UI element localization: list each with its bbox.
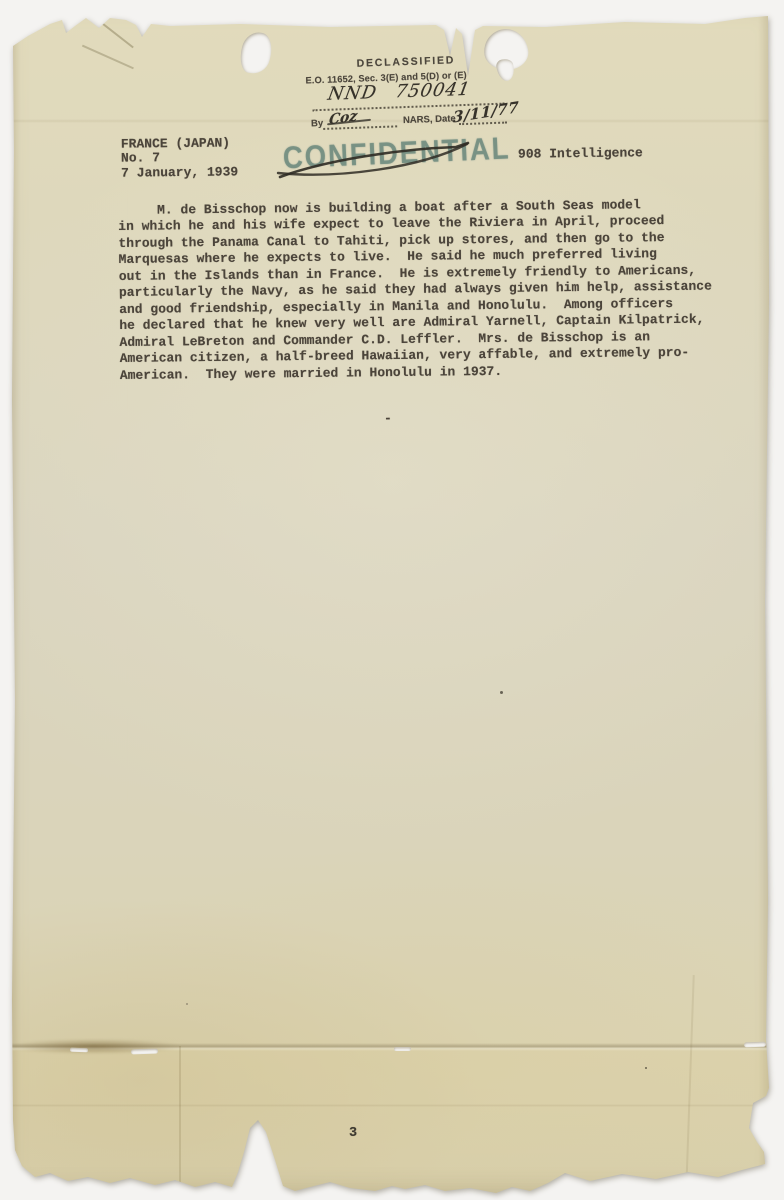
paper-sheet-wrapper: DECLASSIFIED E.O. 11652, Sec. 3(E) and 5… [0,0,784,1200]
paper-right-edge-shadow [758,0,774,1200]
paper-tear-slit [744,1042,766,1048]
ink-speck [500,691,503,694]
faint-crease-lower [0,1104,784,1107]
reviewer-signature: Coz [328,108,358,128]
report-heading: FRANCE (JAPAN) No. 7 7 January, 1939 [121,136,238,180]
ink-speck [186,1003,188,1005]
by-label: By [311,118,324,129]
paper-sheet: DECLASSIFIED E.O. 11652, Sec. 3(E) and 5… [0,0,784,1200]
ink-speck [645,1067,647,1069]
page-number: 3 [349,1126,357,1141]
paper-left-edge-shadow [10,0,20,1200]
section-separator-dash: - [384,411,392,426]
paper-bottom-tint [0,1049,784,1200]
nnd-number-handwritten: NND 750041 [326,79,472,105]
paper-tear-slit [70,1048,88,1053]
pen-strikethrough [268,138,496,188]
vertical-crease [179,1046,181,1190]
intelligence-office-label: 908 Intelligence [518,145,643,161]
paper-tear-slit [131,1049,158,1055]
paper-tear-slit [394,1047,411,1051]
scanned-document-page: DECLASSIFIED E.O. 11652, Sec. 3(E) and 5… [0,0,784,1200]
report-paragraph: M. de Bisschop now is building a boat af… [118,197,713,384]
nars-date-label: NARS, Date [403,113,456,126]
declassification-stamp: DECLASSIFIED E.O. 11652, Sec. 3(E) and 5… [305,52,509,132]
